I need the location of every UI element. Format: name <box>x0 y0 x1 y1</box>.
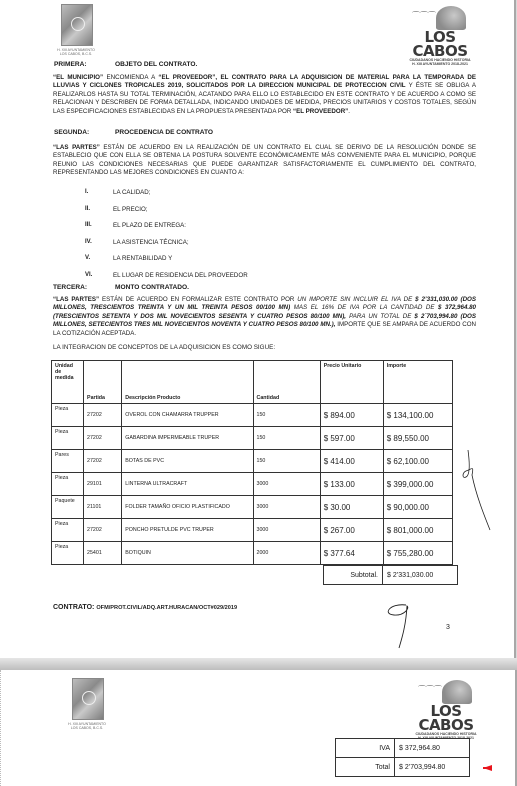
cell-unidad: Pieza <box>52 404 84 427</box>
subtotal-value: $ 2’331,030.00 <box>383 566 458 585</box>
total-row: Total $ 2’703,994.80 <box>336 758 470 777</box>
cell-cantidad: 3000 <box>253 496 320 519</box>
cell-partida: 25401 <box>84 542 122 565</box>
text-run: ESTÁN DE ACUERDO EN LA REALIZACIÓN DE UN… <box>53 144 476 176</box>
cell-partida: 21101 <box>84 496 122 519</box>
cell-importe: $ 90,000.00 <box>383 496 452 519</box>
text-run: “LAS PARTES” <box>53 144 100 151</box>
cell-descripcion: BOTAS DE PVC <box>122 450 253 473</box>
iva-row: IVA $ 372,964.80 <box>336 739 470 758</box>
cell-cantidad: 3000 <box>253 473 320 496</box>
cell-precio: $ 267.00 <box>320 519 383 542</box>
cell-precio: $ 597.00 <box>320 427 383 450</box>
cell-cantidad: 150 <box>253 404 320 427</box>
cell-unidad: Pieza <box>52 427 84 450</box>
cell-descripcion: FOLDER TAMAÑO OFICIO PLASTIFICADO <box>122 496 253 519</box>
cell-importe: $ 89,550.00 <box>383 427 452 450</box>
items-table: Unidad de medida Partida Descripción Pro… <box>51 360 453 565</box>
total-value: $ 2’703,994.80 <box>395 758 470 777</box>
col-precio-unitario: Precio Unitario <box>320 361 383 404</box>
cell-unidad: Pieza <box>52 519 84 542</box>
clause-tercera-title: MONTO CONTRATADO. <box>115 284 189 291</box>
text-run: MAS EL 16% DE IVA POR LA CANTIDAD DE <box>290 304 438 311</box>
col-importe: Importe <box>383 361 452 404</box>
totals-box: IVA $ 372,964.80 Total $ 2’703,994.80 <box>335 738 470 777</box>
table-header-row: Unidad de medida Partida Descripción Pro… <box>52 361 453 404</box>
table-row: Pieza25401BOTIQUIN2000$ 377.64$ 755,280.… <box>52 542 453 565</box>
cell-importe: $ 134,100.00 <box>383 404 452 427</box>
page-gap <box>0 658 517 670</box>
municipal-crest-logo <box>61 4 93 46</box>
clause-segunda-label: SEGUNDA: <box>54 129 89 136</box>
text-run: ENCOMIENDA A <box>103 74 158 81</box>
table-row: Pieza27202PONCHO PRETULDE PVC TRUPER3000… <box>52 519 453 542</box>
cell-descripcion: BOTIQUIN <box>122 542 253 565</box>
los-cabos-logo: LOS CABOS CIUDADANOS HACIENDO HISTORIA H… <box>401 680 491 740</box>
cell-cantidad: 3000 <box>253 519 320 542</box>
cell-partida: 27202 <box>84 427 122 450</box>
subtotal-box: Subtotal. $ 2’331,030.00 <box>323 565 458 585</box>
cell-cantidad: 150 <box>253 450 320 473</box>
text-run: “EL MUNICIPIO” <box>53 74 103 81</box>
cell-partida: 27202 <box>84 404 122 427</box>
clause-tercera-label: TERCERA: <box>53 284 87 291</box>
col-descripcion: Descripción Producto <box>122 361 253 404</box>
clause-segunda-title: PROCEDENCIA DE CONTRATO <box>115 129 213 136</box>
cell-unidad: Paquete <box>52 496 84 519</box>
text-run: . <box>348 108 350 115</box>
cell-descripcion: LINTERNA ULTRACRAFT <box>122 473 253 496</box>
clause-primera-label: PRIMERA: <box>54 61 87 68</box>
cell-descripcion: GABARDINA IMPERMEABLE TRUPER <box>122 427 253 450</box>
text-run: “EL PROVEEDOR” <box>293 108 348 115</box>
text-run: UN IMPORTE SIN INCLUIR EL IVA DE <box>297 296 415 303</box>
text-run: PARA UN TOTAL DE <box>346 313 414 320</box>
cell-precio: $ 377.64 <box>320 542 383 565</box>
text-run: ESTÁN DE ACUERDO EN FORMALIZAR ESTE CONT… <box>99 296 297 303</box>
clause-tercera-text: “LAS PARTES” ESTÁN DE ACUERDO EN FORMALI… <box>53 296 476 338</box>
los-cabos-logo: LOS CABOS CIUDADANOS HACIENDO HISTORIA H… <box>395 6 485 66</box>
table-row: Pieza27202GABARDINA IMPERMEABLE TRUPER15… <box>52 427 453 450</box>
cell-importe: $ 755,280.00 <box>383 542 452 565</box>
page-number: 3 <box>446 624 450 632</box>
col-partida: Partida <box>84 361 122 404</box>
cell-unidad: Pieza <box>52 542 84 565</box>
col-cantidad: Cantidad <box>253 361 320 404</box>
cell-partida: 27202 <box>84 450 122 473</box>
cell-unidad: Pares <box>52 450 84 473</box>
cell-precio: $ 30.00 <box>320 496 383 519</box>
cell-cantidad: 2000 <box>253 542 320 565</box>
contract-number-line: CONTRATO: OFM/PROT.CIVIL/ADQ.ART.HURACAN… <box>53 604 237 612</box>
crest-caption: H. XIII AYUNTAMIENTO LOS CABOS, B.C.S. <box>65 722 109 730</box>
iva-label: IVA <box>336 739 395 758</box>
crest-caption: H. XIII AYUNTAMIENTO LOS CABOS, B.C.S. <box>54 48 98 56</box>
cell-partida: 29101 <box>84 473 122 496</box>
table-row: Pieza29101LINTERNA ULTRACRAFT3000$ 133.0… <box>52 473 453 496</box>
document-page-3: H. XIII AYUNTAMIENTO LOS CABOS, B.C.S. L… <box>0 0 516 658</box>
red-arrow-icon <box>483 765 492 771</box>
cell-importe: $ 801,000.00 <box>383 519 452 542</box>
cell-descripcion: PONCHO PRETULDE PVC TRUPER <box>122 519 253 542</box>
signature-initial-icon <box>380 600 420 650</box>
table-row: Pieza27202OVEROL CON CHAMARRA TRUPPER150… <box>52 404 453 427</box>
cell-importe: $ 399,000.00 <box>383 473 452 496</box>
total-label: Total <box>336 758 395 777</box>
table-row: Paquete21101FOLDER TAMAÑO OFICIO PLASTIF… <box>52 496 453 519</box>
cell-descripcion: OVEROL CON CHAMARRA TRUPPER <box>122 404 253 427</box>
clause-primera-title: OBJETO DEL CONTRATO. <box>115 61 197 68</box>
table-intro: LA INTEGRACION DE CONCEPTOS DE LA ADQUIS… <box>53 344 275 352</box>
cell-precio: $ 414.00 <box>320 450 383 473</box>
cell-precio: $ 894.00 <box>320 404 383 427</box>
los-cabos-emblem-icon <box>410 6 470 30</box>
cell-unidad: Pieza <box>52 473 84 496</box>
clause-primera-text: “EL MUNICIPIO” ENCOMIENDA A “EL PROVEEDO… <box>53 74 476 116</box>
los-cabos-emblem-icon <box>416 680 476 704</box>
cell-partida: 27202 <box>84 519 122 542</box>
cell-cantidad: 150 <box>253 427 320 450</box>
cell-precio: $ 133.00 <box>320 473 383 496</box>
text-run: “LAS PARTES” <box>53 296 99 303</box>
col-unidad: Unidad de medida <box>52 361 84 404</box>
subtotal-row: Subtotal. $ 2’331,030.00 <box>324 566 458 585</box>
document-page-4: H. XIII AYUNTAMIENTO LOS CABOS, B.C.S. L… <box>0 670 517 786</box>
table-row: Pares27202BOTAS DE PVC150$ 414.00$ 62,10… <box>52 450 453 473</box>
clause-segunda-text: “LAS PARTES” ESTÁN DE ACUERDO EN LA REAL… <box>53 144 476 178</box>
iva-value: $ 372,964.80 <box>395 739 470 758</box>
municipal-crest-logo <box>72 678 104 720</box>
table-body: Pieza27202OVEROL CON CHAMARRA TRUPPER150… <box>52 404 453 565</box>
cell-importe: $ 62,100.00 <box>383 450 452 473</box>
signature-margin-icon <box>460 445 500 535</box>
subtotal-label: Subtotal. <box>324 566 383 585</box>
